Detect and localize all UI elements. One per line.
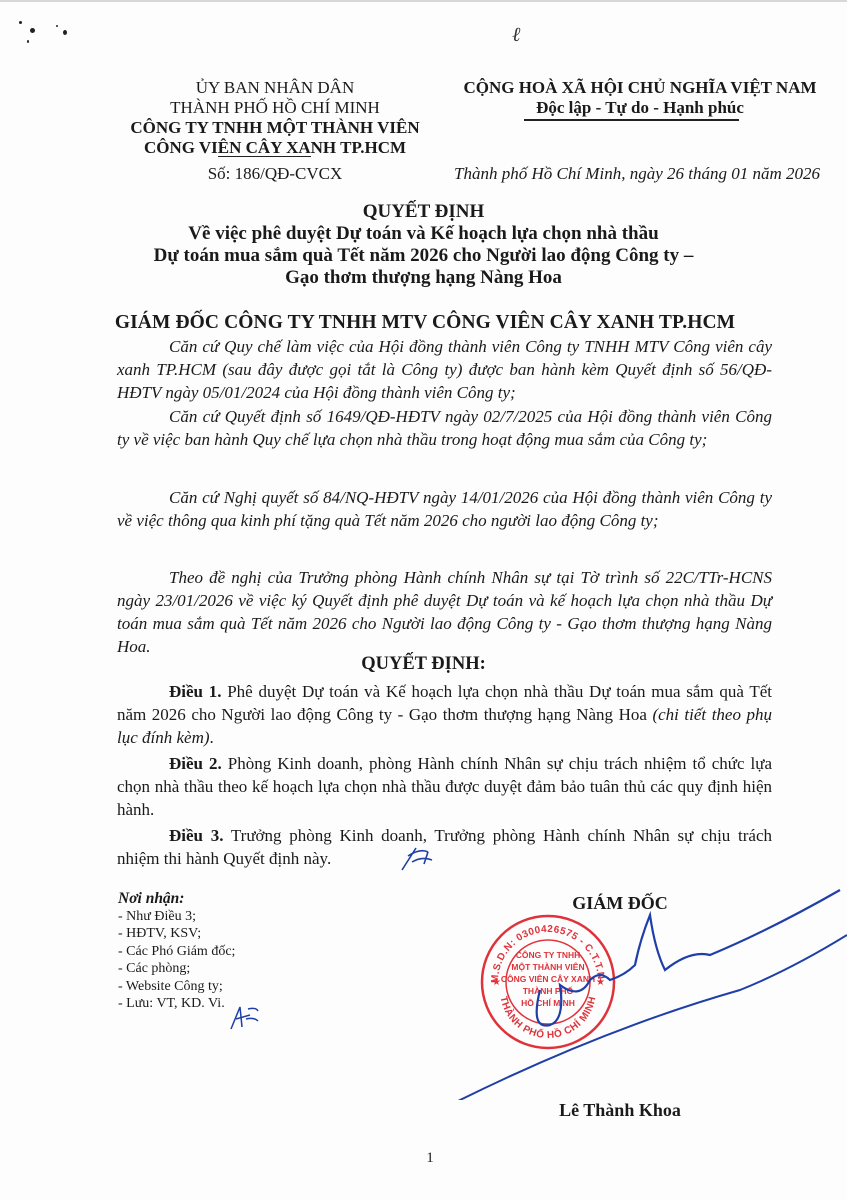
scan-speck (30, 28, 35, 33)
motto-underline (524, 119, 739, 121)
company-line-2: CÔNG VIÊN CÂY XANH TP.HCM (110, 138, 440, 158)
national-motto: Độc lập - Tự do - Hạnh phúc (440, 98, 840, 118)
issuing-authority: ỦY BAN NHÂN DÂN THÀNH PHỐ HỒ CHÍ MINH CÔ… (110, 78, 440, 158)
scan-edge (0, 0, 847, 2)
scan-speck (63, 30, 67, 35)
national-title: CỘNG HOÀ XÃ HỘI CHỦ NGHĨA VIỆT NAM (440, 78, 840, 98)
initials-mark-icon (228, 1003, 260, 1031)
recipient-item: - Các Phó Giám đốc; (118, 943, 348, 961)
article-2: Điều 2. Phòng Kinh doanh, phòng Hành chí… (117, 752, 772, 821)
place-and-date: Thành phố Hồ Chí Minh, ngày 26 tháng 01 … (440, 164, 820, 184)
page-number: 1 (420, 1150, 440, 1167)
document-number: Số: 186/QĐ-CVCX (110, 164, 440, 184)
title-heading: QUYẾT ĐỊNH (110, 201, 737, 223)
title-subtitle-2: Dự toán mua sắm quà Tết năm 2026 cho Ngư… (110, 245, 737, 267)
signature-icon (450, 880, 847, 1100)
national-header: CỘNG HOÀ XÃ HỘI CHỦ NGHĨA VIỆT NAM Độc l… (440, 78, 840, 118)
article-3: Điều 3. Trưởng phòng Kinh doanh, Trưởng … (117, 824, 772, 870)
recipients-list: Nơi nhận: - Như Điều 3; - HĐTV, KSV; - C… (118, 890, 348, 1013)
signer-name: Lê Thành Khoa (520, 1100, 720, 1121)
ground-paragraph: Căn cứ Quyết định số 1649/QĐ-HĐTV ngày 0… (117, 405, 772, 451)
authority-line-1: ỦY BAN NHÂN DÂN (110, 78, 440, 98)
handwritten-mark: ℓ (512, 22, 520, 47)
scan-speck (56, 25, 58, 27)
ground-paragraph: Căn cứ Quy chế làm việc của Hội đồng thà… (117, 335, 772, 404)
initials-mark-icon (398, 842, 438, 872)
recipient-item: - Như Điều 3; (118, 908, 348, 926)
article-1: Điều 1. Phê duyệt Dự toán và Kế hoạch lự… (117, 680, 772, 749)
ground-paragraph: Căn cứ Nghị quyết số 84/NQ-HĐTV ngày 14/… (117, 486, 772, 532)
title-subtitle-1: Về việc phê duyệt Dự toán và Kế hoạch lự… (110, 223, 737, 245)
document-title: QUYẾT ĐỊNH Về việc phê duyệt Dự toán và … (110, 201, 737, 289)
authority-heading: GIÁM ĐỐC CÔNG TY TNHH MTV CÔNG VIÊN CÂY … (100, 312, 750, 334)
recipients-heading: Nơi nhận: (118, 890, 348, 908)
decision-heading: QUYẾT ĐỊNH: (110, 654, 737, 675)
company-line-1: CÔNG TY TNHH MỘT THÀNH VIÊN (110, 118, 440, 138)
recipient-item: - HĐTV, KSV; (118, 925, 348, 943)
scan-speck (19, 21, 22, 24)
ground-paragraph: Theo đề nghị của Trưởng phòng Hành chính… (117, 566, 772, 658)
scan-speck (27, 40, 29, 43)
recipient-item: - Website Công ty; (118, 978, 348, 996)
recipient-item: - Các phòng; (118, 960, 348, 978)
title-subtitle-3: Gạo thơm thượng hạng Nàng Hoa (110, 267, 737, 289)
authority-line-2: THÀNH PHỐ HỒ CHÍ MINH (110, 98, 440, 118)
